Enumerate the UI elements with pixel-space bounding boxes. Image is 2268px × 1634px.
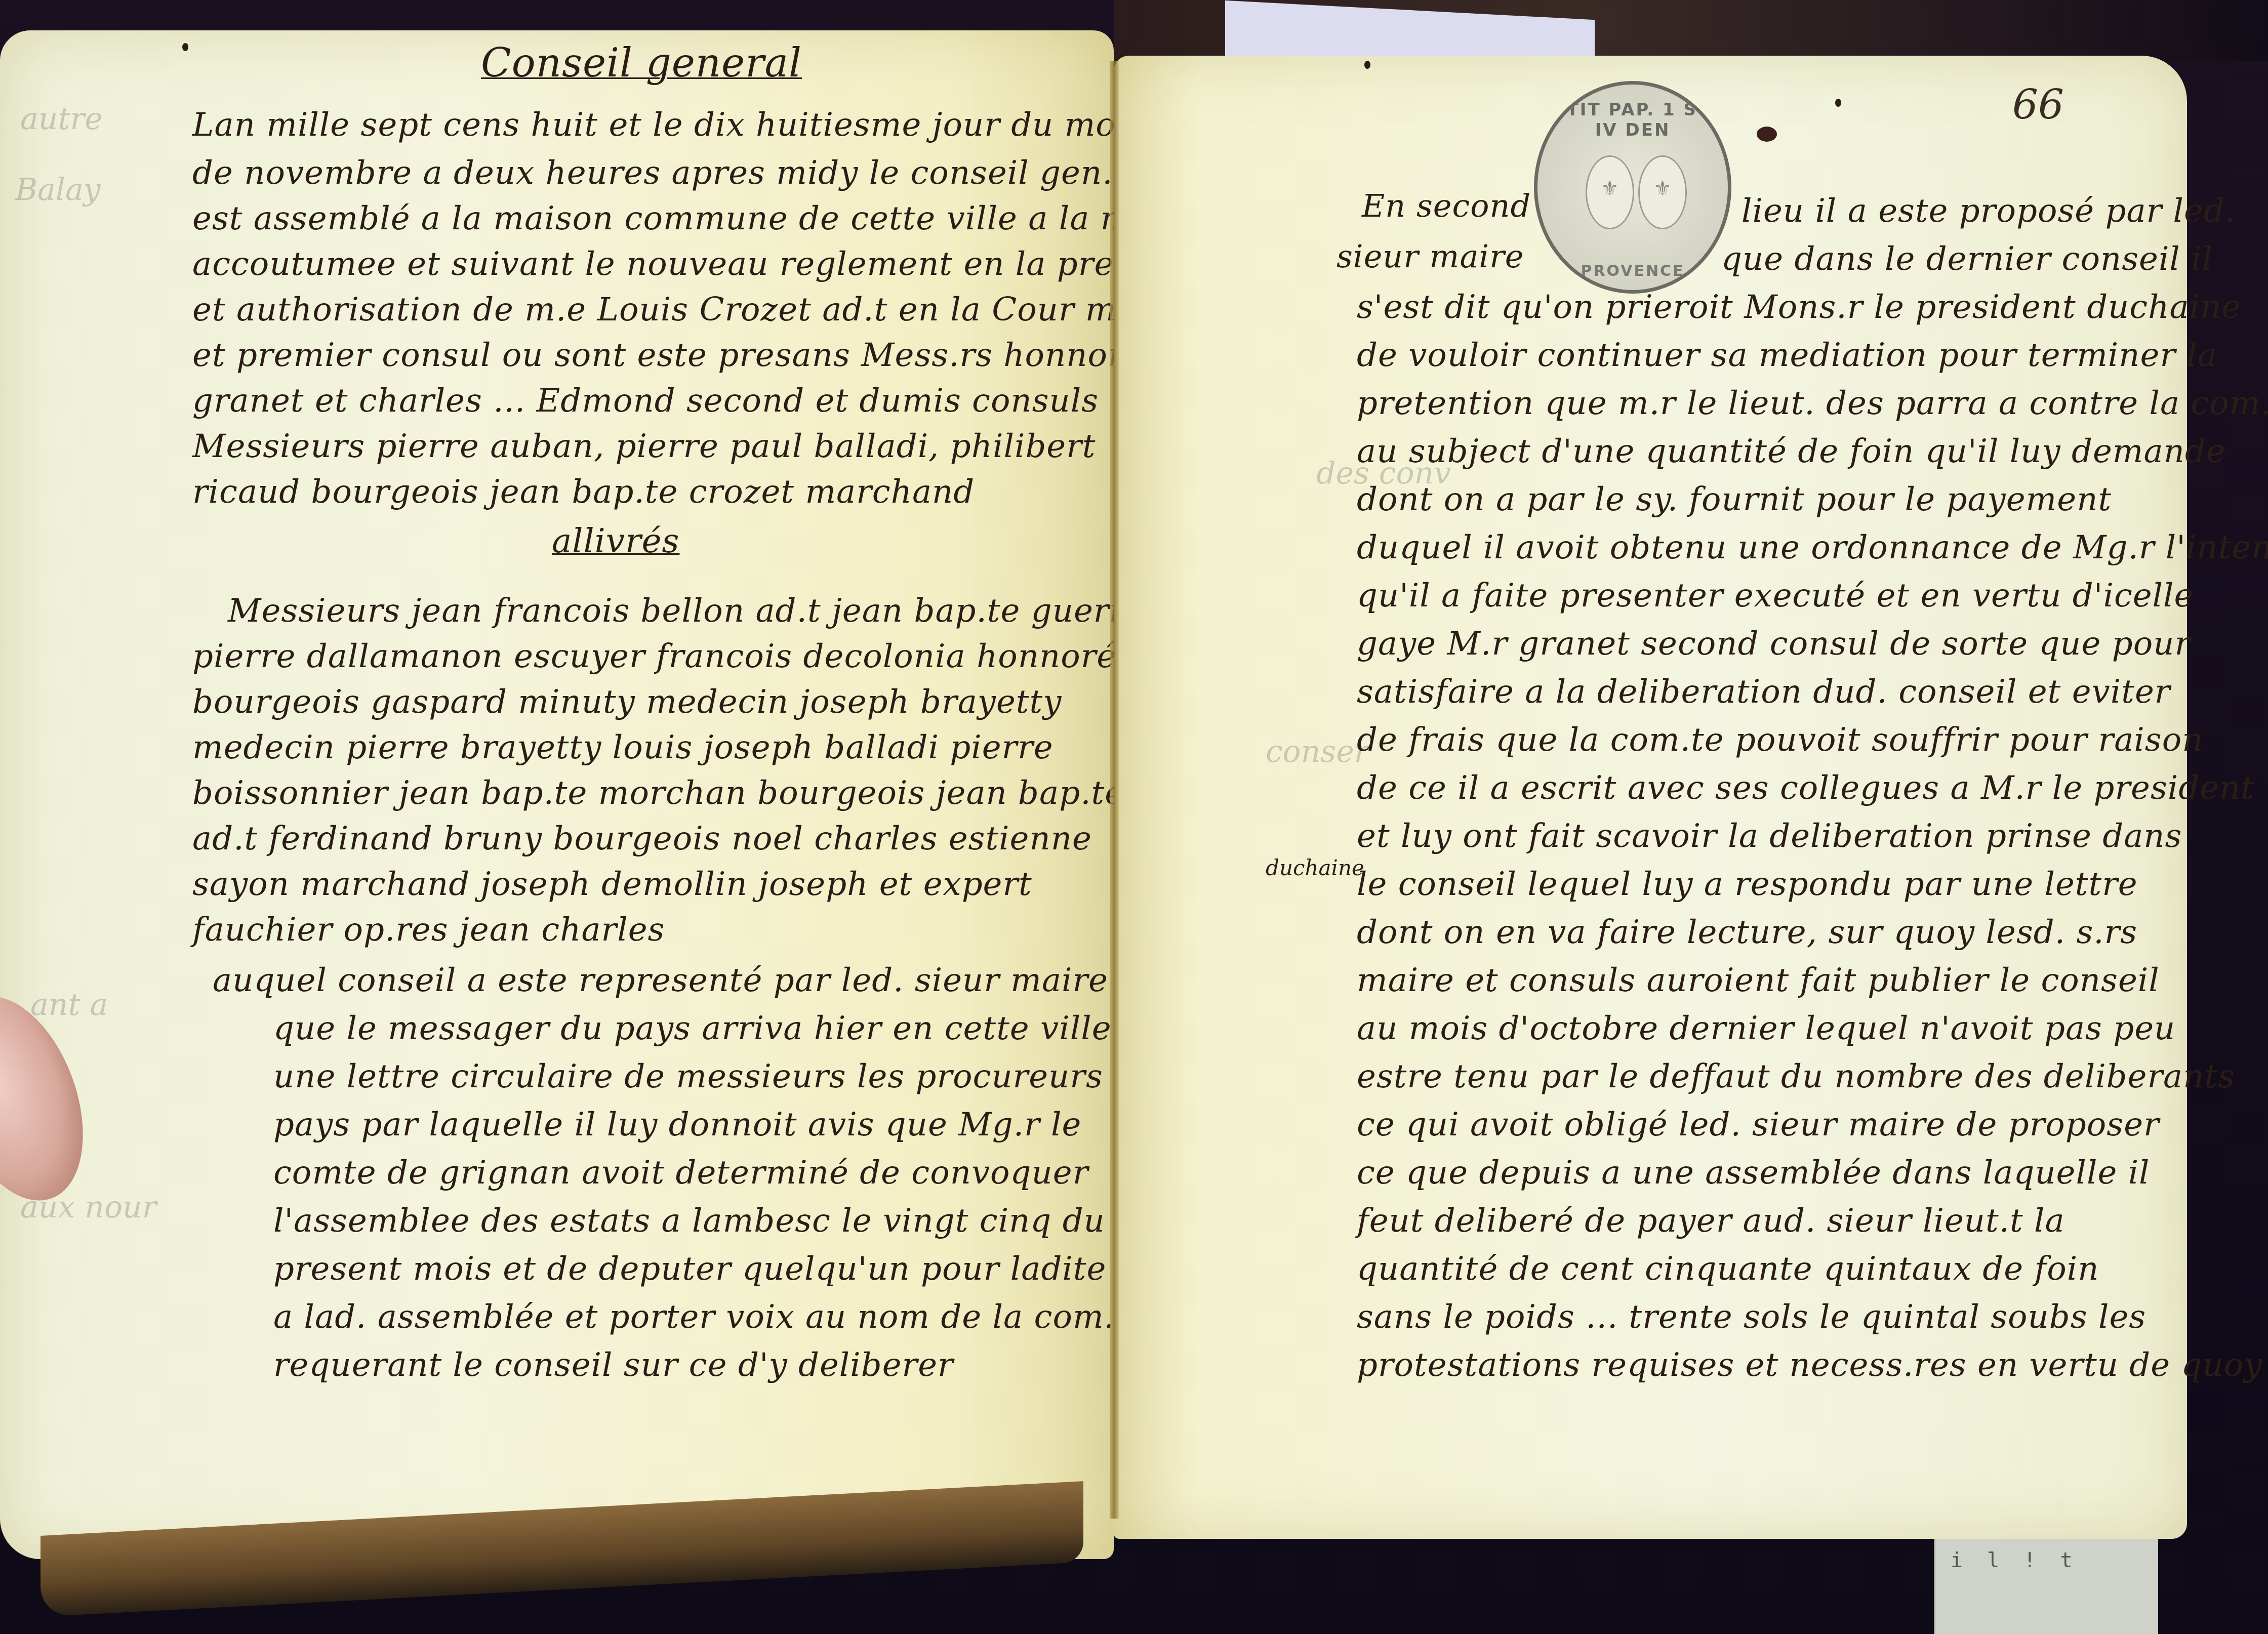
text-line: pays par laquelle il luy donnoit avis qu… — [273, 1106, 1081, 1143]
ink-dot — [182, 43, 188, 51]
text-line: Lan mille sept cens huit et le dix huiti… — [192, 106, 1144, 144]
text-line: qu'il a faite presenter executé et en ve… — [1357, 577, 2194, 615]
bleed-through: autre — [20, 101, 103, 137]
page-heading: Conseil general — [481, 40, 802, 86]
text-line: pierre dallamanon escuyer francois decol… — [192, 638, 1116, 675]
text-line: bourgeois gaspard minuty medecin joseph … — [192, 683, 1062, 721]
text-line: comte de grignan avoit determiné de conv… — [273, 1154, 1088, 1192]
text-line: a lad. assemblée et porter voix au nom d… — [273, 1298, 1148, 1336]
book-gutter — [1110, 61, 1119, 1519]
text-line: ricaud bourgeois jean bap.te crozet marc… — [192, 473, 975, 511]
text-line: satisfaire a la deliberation dud. consei… — [1357, 673, 2170, 711]
text-line: feut deliberé de payer aud. sieur lieut.… — [1357, 1202, 2065, 1240]
tax-stamp: PETIT PAP. 1 SOL IV DEN ⚜ ⚜ PROVENCE — [1534, 81, 1731, 294]
text-line: l'assemblee des estats a lambesc le ving… — [273, 1202, 1105, 1240]
text-line: de vouloir continuer sa mediation pour t… — [1357, 337, 2217, 374]
bleed-through: conser — [1266, 734, 1368, 769]
text-line: de ce il a escrit avec ses collegues a M… — [1357, 769, 2254, 807]
text-line: boissonnier jean bap.te morchan bourgeoi… — [192, 774, 1249, 812]
text-line: lieu il a este proposé par led. — [1741, 192, 2236, 230]
text-line: maire et consuls auroient fait publier l… — [1357, 962, 2160, 999]
text-line: et authorisation de m.e Louis Crozet ad.… — [192, 291, 1183, 329]
text-line: s'est dit qu'on prieroit Mons.r le presi… — [1357, 289, 2241, 326]
text-line: le conseil lequel luy a respondu par une… — [1357, 866, 2138, 903]
text-line: ad.t ferdinand bruny bourgeois noel char… — [192, 820, 1092, 857]
slip-text: i l ! t — [1951, 1549, 2079, 1572]
bleed-through: Balay — [15, 172, 101, 208]
ink-blot — [1757, 127, 1777, 142]
text-line: requerant le conseil sur ce d'y delibere… — [273, 1346, 954, 1384]
text-line: que dans le dernier conseil il — [1721, 240, 2213, 278]
text-line: present mois et de deputer quelqu'un pou… — [273, 1250, 1106, 1288]
paper-slip-bottom: i l ! t — [1934, 1539, 2158, 1634]
text-line: accoutumee et suivant le nouveau regleme… — [192, 246, 1210, 283]
text-line: dont on en va faire lecture, sur quoy le… — [1357, 914, 2137, 951]
text-line: que le messager du pays arriva hier en c… — [273, 1010, 1199, 1047]
text-line: fauchier op.res jean charles — [192, 911, 665, 949]
text-line: dont on a par le sy. fournit pour le pay… — [1357, 481, 2112, 518]
stamp-bottom-text: PROVENCE — [1537, 262, 1728, 280]
text-line: de frais que la com.te pouvoit souffrir … — [1357, 721, 2203, 759]
text-line: ce qui avoit obligé led. sieur maire de … — [1357, 1106, 2160, 1143]
text-line: au subject d'une quantité de foin qu'il … — [1357, 433, 2226, 470]
page-number: 66 — [2012, 81, 2064, 128]
ink-dot — [1364, 61, 1370, 69]
text-line: de novembre a deux heures apres midy le … — [192, 154, 1144, 192]
bleed-through: ant a — [30, 987, 108, 1023]
text-line: et premier consul ou sont este presans M… — [192, 337, 1143, 374]
stamp-top-text: PETIT PAP. 1 SOL IV DEN — [1537, 100, 1728, 140]
margin-heading: En second — [1362, 187, 1531, 224]
stamp-emblem-icon: ⚜ ⚜ — [1586, 155, 1687, 231]
text-line: est assemblé a la maison commune de cett… — [192, 200, 1239, 237]
text-line: estre tenu par le deffaut du nombre des … — [1357, 1058, 2235, 1095]
text-line: pretention que m.r le lieut. des parra a… — [1357, 385, 2268, 422]
text-line: une lettre circulaire de messieurs les p… — [273, 1058, 1156, 1095]
text-line: Messieurs jean francois bellon ad.t jean… — [228, 592, 1142, 630]
text-line: duquel il avoit obtenu une ordonnance de… — [1357, 529, 2268, 566]
margin-heading-2: sieur maire — [1336, 238, 1524, 275]
text-line: medecin pierre brayetty louis joseph bal… — [192, 729, 1054, 766]
text-line: et luy ont fait scavoir la deliberation … — [1357, 818, 2182, 855]
text-line: sayon marchand joseph demollin joseph et… — [192, 866, 1032, 903]
text-line: ce que depuis a une assemblée dans laque… — [1357, 1154, 2150, 1192]
text-line: gaye M.r granet second consul de sorte q… — [1357, 625, 2191, 663]
text-line: Messieurs pierre auban, pierre paul ball… — [192, 428, 1096, 465]
text-line: auquel conseil a este representé par led… — [213, 962, 1108, 999]
section-heading: allivrés — [552, 521, 679, 560]
text-line: sans le poids ... trente sols le quintal… — [1357, 1298, 2146, 1336]
margin-note: duchaine — [1266, 855, 1364, 880]
text-line: protestations requises et necess.res en … — [1357, 1346, 2262, 1384]
text-line: quantité de cent cinquante quintaux de f… — [1357, 1250, 2099, 1288]
text-line: au mois d'octobre dernier lequel n'avoit… — [1357, 1010, 2175, 1047]
text-line: granet et charles ... Edmond second et d… — [192, 382, 1099, 420]
ink-dot — [1835, 99, 1841, 107]
